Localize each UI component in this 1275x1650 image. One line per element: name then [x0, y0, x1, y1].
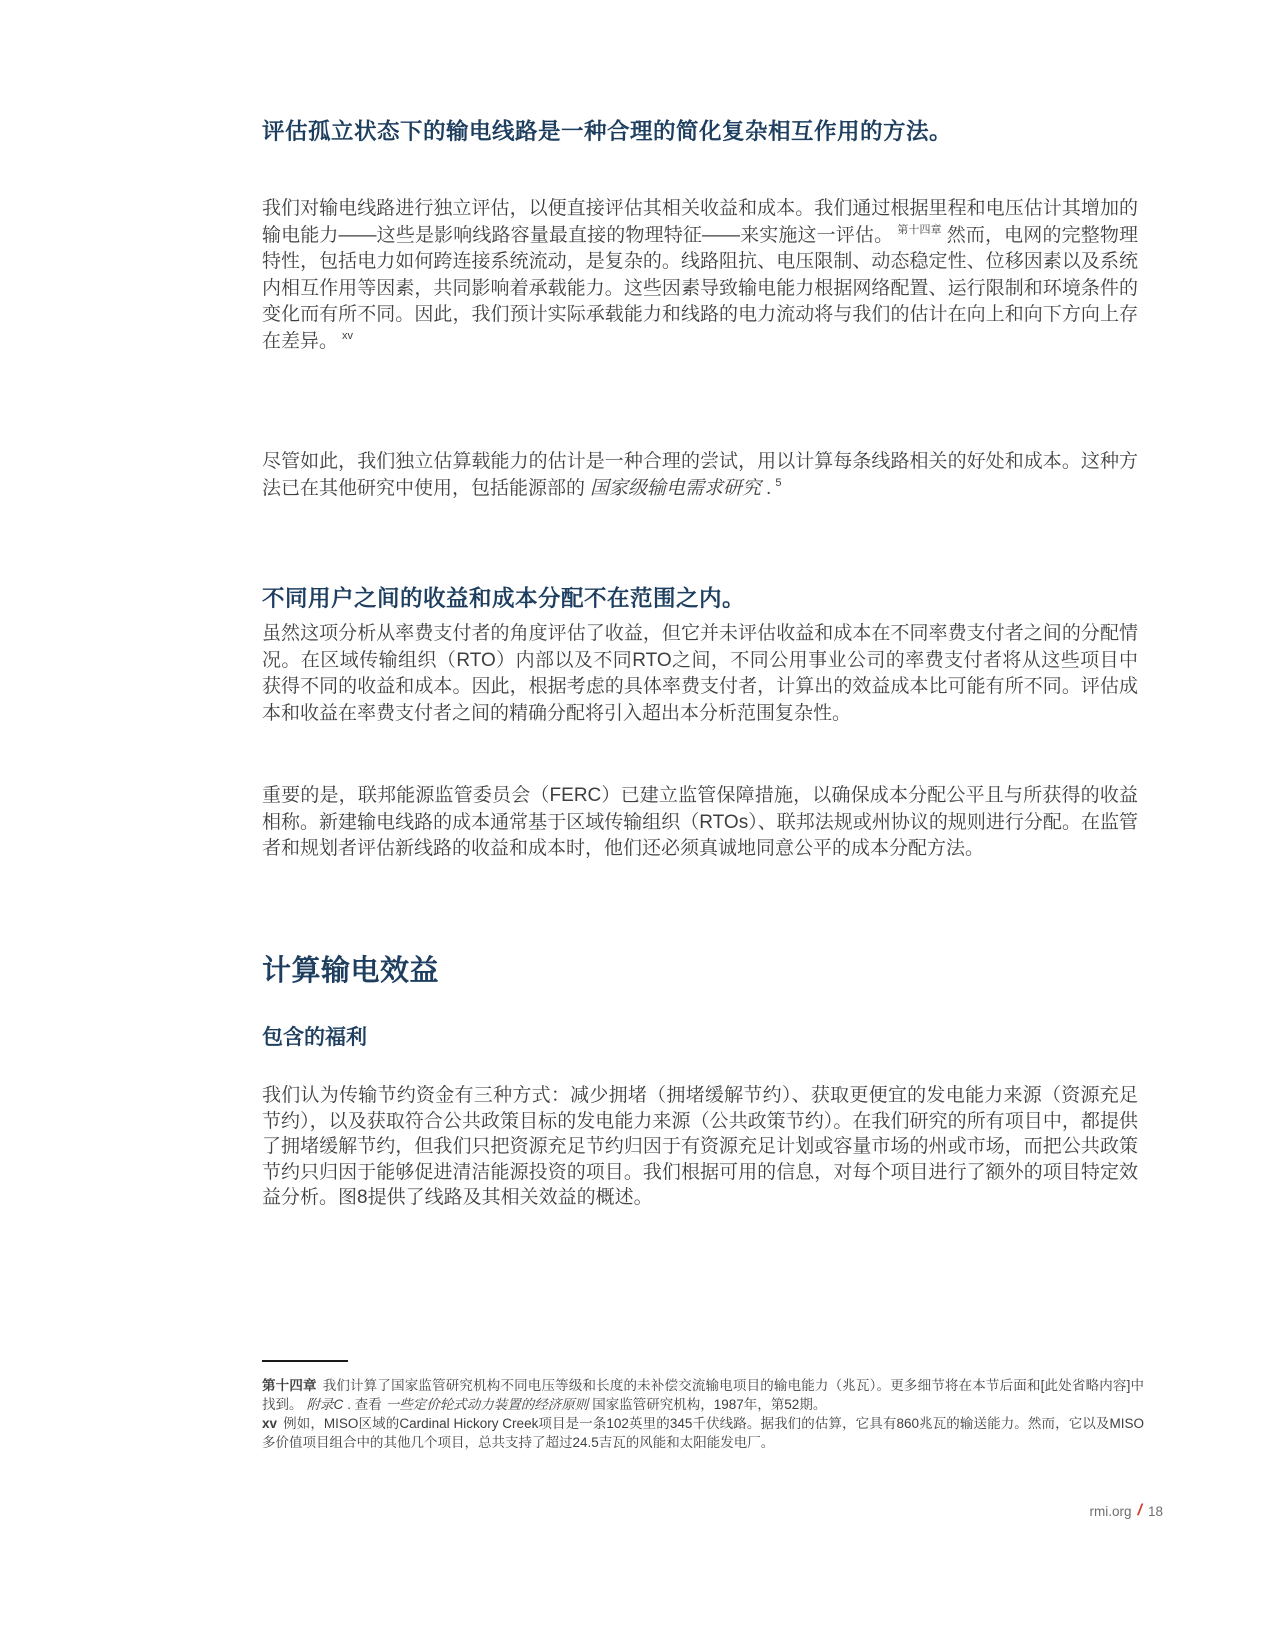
footnote-xv-marker: xv — [262, 1416, 277, 1431]
heading-allocation-scope: 不同用户之间的收益和成本分配不在范围之内。 — [262, 581, 1138, 613]
footnote-ref-5: 5 — [775, 477, 781, 489]
footnote-xiv-text-b: . 查看 — [347, 1397, 382, 1412]
paragraph-allocation-2: 重要的是，联邦能源监管委员会（FERC）已建立监管保障措施，以确保成本分配公平且… — [262, 783, 1138, 863]
footnote-ref-xiv: 第十四章 — [897, 224, 942, 236]
subheading-included-benefits: 包含的福利 — [262, 1021, 1138, 1051]
heading-calculating-benefits: 计算输电效益 — [262, 948, 1138, 989]
footnote-xiv-principles-italic: 一些定价轮式动力装置的经济原则 — [386, 1397, 589, 1412]
footnote-xv: xv例如，MISO区域的Cardinal Hickory Creek项目是一条1… — [262, 1414, 1144, 1452]
paragraph-isolation-2: 尽管如此，我们独立估算载能力的估计是一种合理的尝试，用以计算每条线路相关的好处和… — [262, 449, 1138, 502]
paragraph-allocation-1: 虽然这项分析从率费支付者的角度评估了收益，但它并未评估收益和成本在不同率费支付者… — [262, 621, 1138, 727]
study-title-italic: 国家级输电需求研究 — [590, 478, 761, 499]
document-page: 评估孤立状态下的输电线路是一种合理的简化复杂相互作用的方法。 我们对输电线路进行… — [0, 0, 1275, 1650]
footnote-ref-xv: xv — [342, 330, 353, 342]
footnote-xiv-text-c: 国家监管研究机构，1987年，第52期。 — [592, 1397, 826, 1412]
heading-isolation-method: 评估孤立状态下的输电线路是一种合理的简化复杂相互作用的方法。 — [262, 114, 1138, 146]
footnote-xiv-appendix-italic: 附录C — [307, 1397, 344, 1412]
footnote-xv-text: 例如，MISO区域的Cardinal Hickory Creek项目是一条102… — [262, 1416, 1144, 1450]
footnote-xiv-marker: 第十四章 — [262, 1378, 317, 1393]
paragraph-benefits-1: 我们认为传输节约资金有三种方式：减少拥堵（拥堵缓解节约）、获取更便宜的发电能力来… — [262, 1083, 1138, 1211]
footnote-xiv: 第十四章我们计算了国家监管研究机构不同电压等级和长度的未补偿交流输电项目的输电能… — [262, 1376, 1144, 1414]
footer-page-number: 18 — [1148, 1504, 1163, 1519]
page-footer: rmi.org / 18 — [1090, 1502, 1164, 1520]
footnotes-block: 第十四章我们计算了国家监管研究机构不同电压等级和长度的未补偿交流输电项目的输电能… — [262, 1376, 1144, 1452]
paragraph-isolation-1: 我们对输电线路进行独立评估，以便直接评估其相关收益和成本。我们通过根据里程和电压… — [262, 196, 1138, 355]
footnote-separator — [262, 1360, 348, 1362]
footer-slash-logo: / — [1138, 1502, 1142, 1520]
paragraph-isolation-2-period: . — [766, 478, 771, 499]
footer-site-link[interactable]: rmi.org — [1090, 1504, 1132, 1519]
